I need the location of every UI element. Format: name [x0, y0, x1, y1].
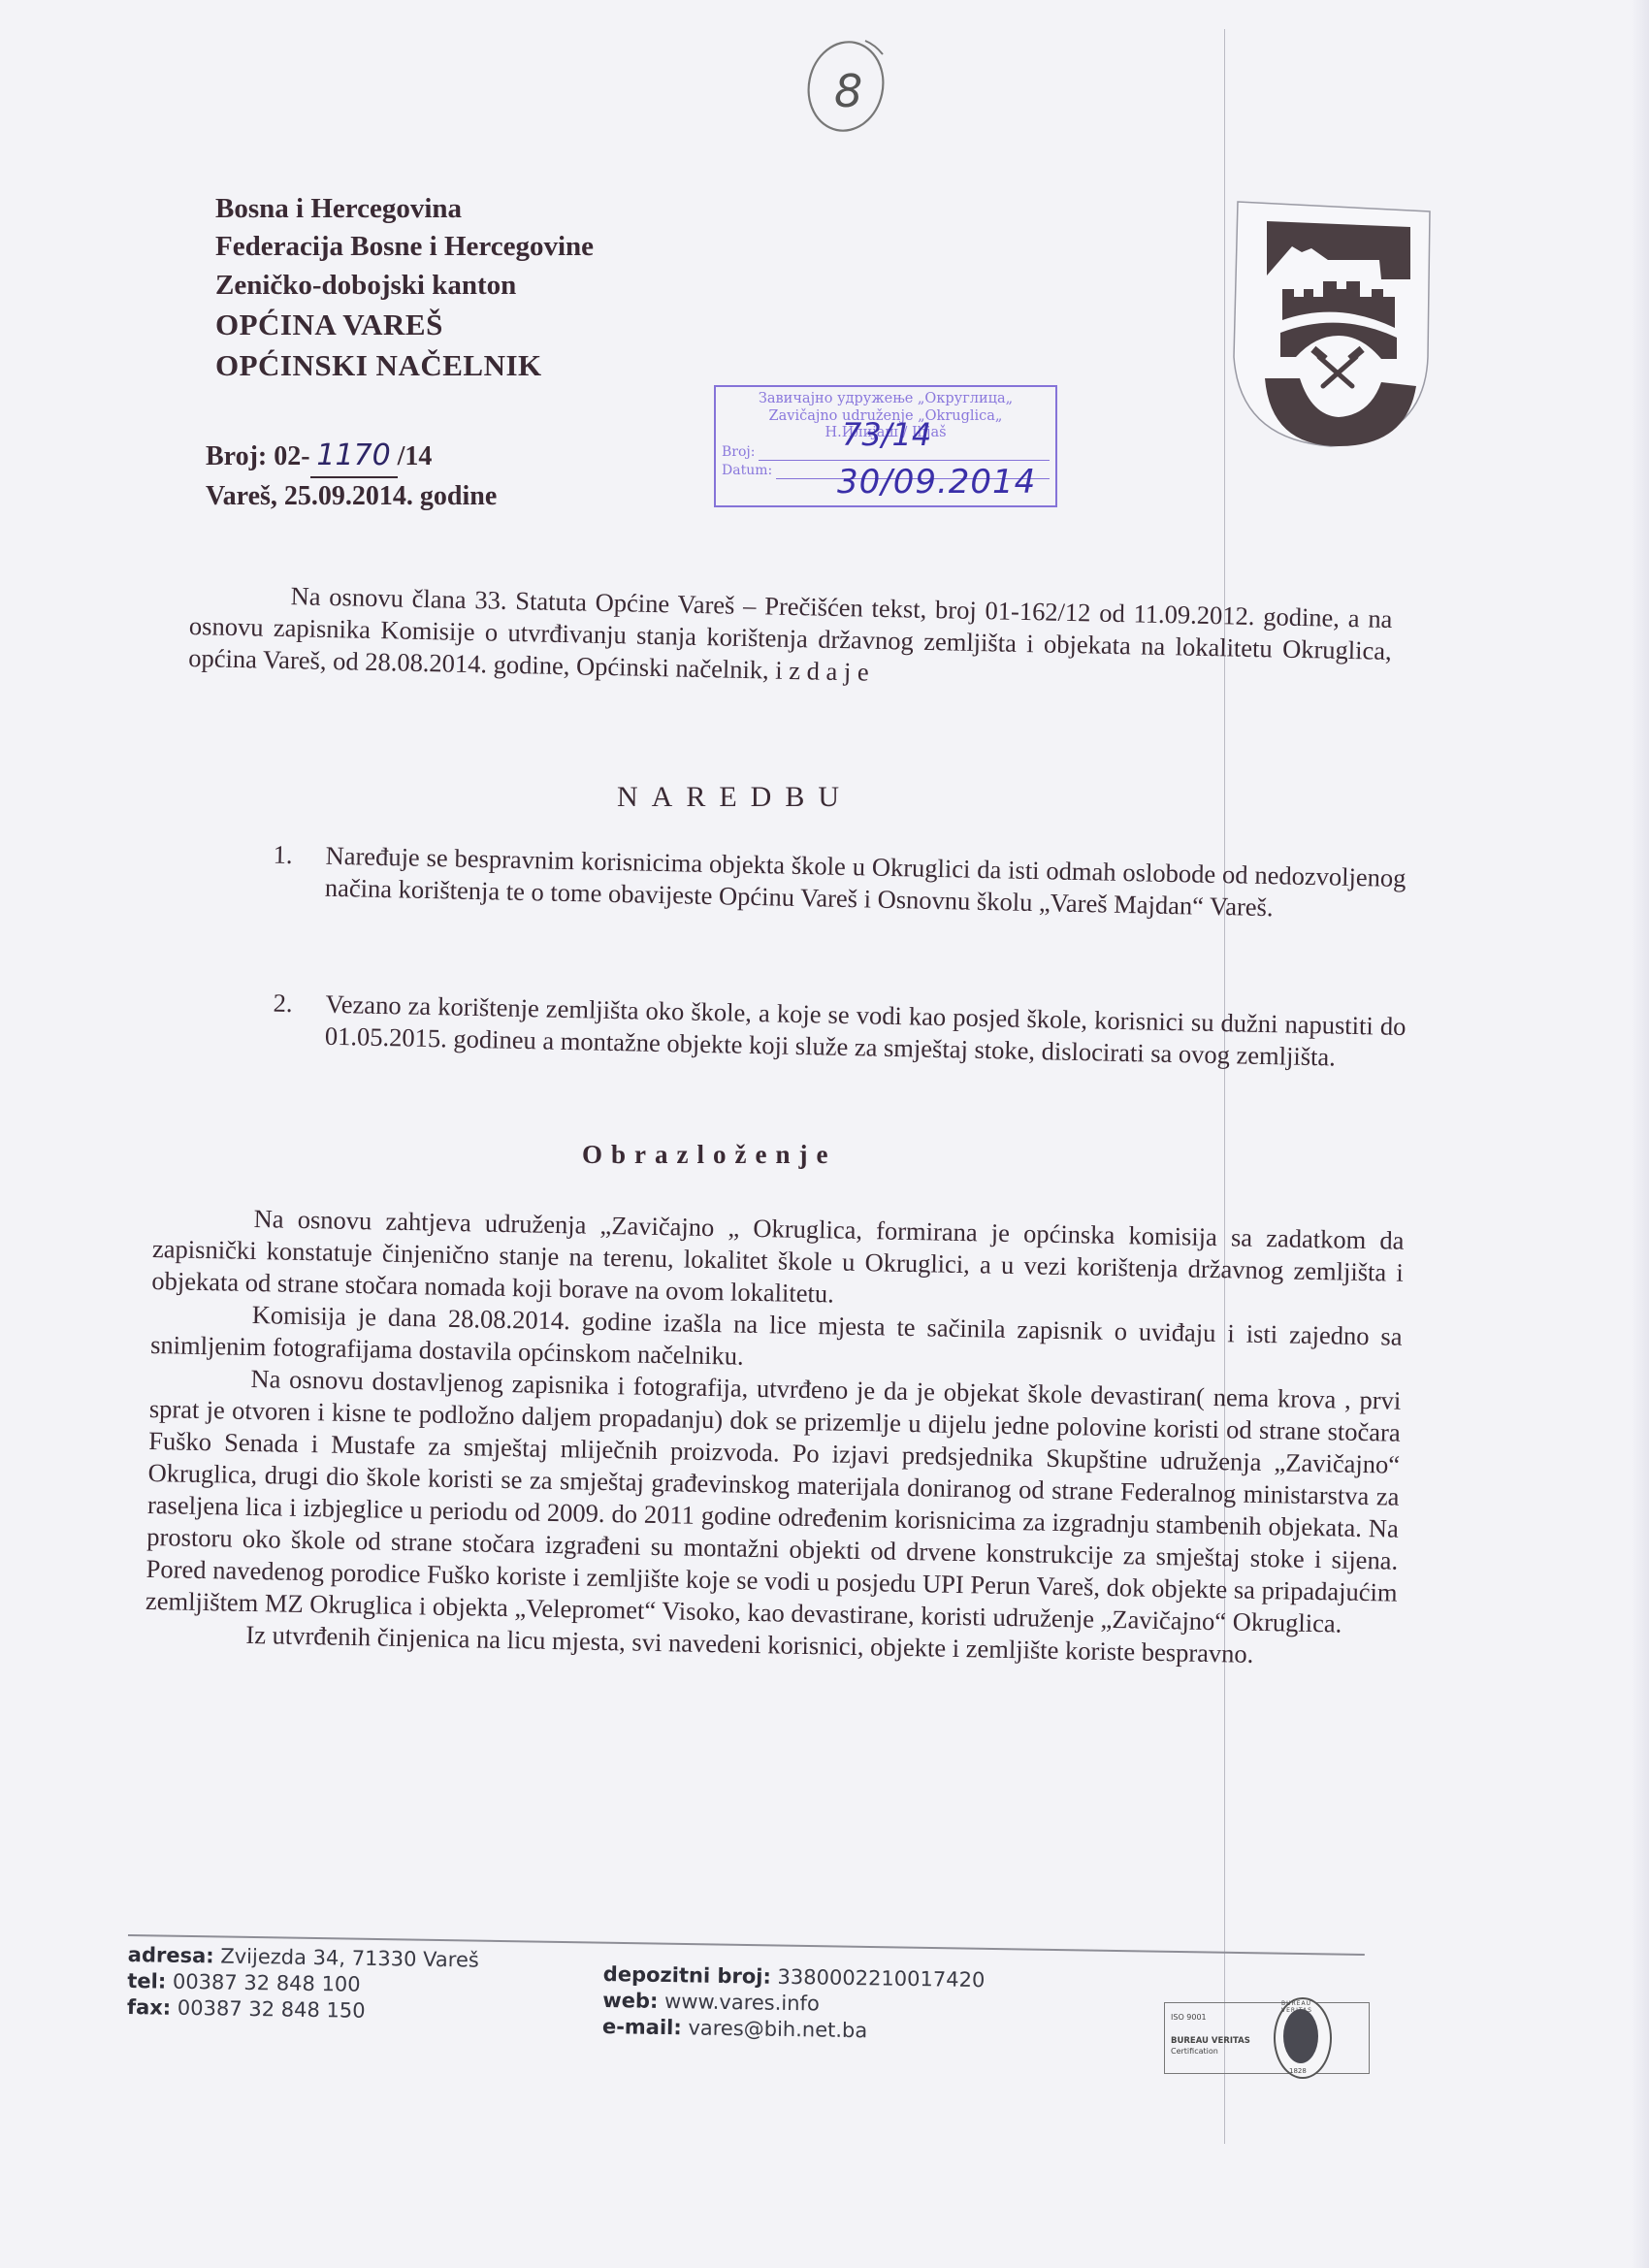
- iso-certification-badge: ISO 9001 BUREAU VERITAS Certification BU…: [1164, 2002, 1370, 2074]
- vares-coat-of-arms-icon: [1226, 192, 1436, 454]
- order-title: NAREDBU: [617, 781, 853, 814]
- document-reference: Broj: 02-1170/14 Vareš, 25.09.2014. godi…: [206, 437, 497, 514]
- cert-type: Certification: [1171, 2047, 1218, 2056]
- letterhead-municipality: OPĆINA VAREŠ: [215, 305, 594, 345]
- reasoning-body: Na osnovu zahtjeva udruženja „Zavičajno …: [145, 1201, 1405, 1673]
- order-item: 2. Vezano za korištenje zemljišta oko šk…: [290, 988, 1406, 1075]
- place-date: Vareš, 25.09.2014. godine: [206, 478, 497, 515]
- scanned-document-page: 8 Bosna i Hercegovina Federacija Bosne i…: [0, 0, 1649, 2268]
- letterhead: Bosna i Hercegovina Federacija Bosne i H…: [215, 190, 594, 387]
- letterhead-office: OPĆINSKI NAČELNIK: [215, 345, 594, 386]
- svg-text:8: 8: [834, 65, 862, 117]
- stamp-handwritten-date: 30/09.2014: [837, 463, 1036, 502]
- reasoning-title: Obrazloženje: [582, 1140, 836, 1170]
- stamp-cyrillic-line: Завичајно удружење „Округлица„: [722, 391, 1050, 408]
- letterhead-federation: Federacija Bosne i Hercegovine: [215, 228, 594, 266]
- intro-paragraph: Na osnovu člana 33. Statuta Općine Vareš…: [188, 578, 1393, 699]
- handwritten-number: 1170: [310, 437, 398, 478]
- footer-email: e-mail: vares@bih.net.ba: [602, 2014, 985, 2046]
- scan-edge-shadow: [1632, 0, 1649, 2268]
- order-item-text: Vezano za korištenje zemljišta oko škole…: [325, 989, 1406, 1072]
- cert-body: BUREAU VERITAS: [1171, 2036, 1250, 2046]
- order-item-number: 2.: [273, 988, 293, 1020]
- order-item: 1. Naređuje se bespravnim korisnicima ob…: [290, 839, 1406, 926]
- stamp-handwritten-number: 73/14: [842, 416, 931, 454]
- web-link[interactable]: www.vares.info: [664, 1990, 820, 2016]
- email-link[interactable]: vares@bih.net.ba: [688, 2016, 867, 2042]
- footer-contact: adresa: Zvijezda 34, 71330 Vareš tel: 00…: [127, 1942, 479, 2026]
- footer-online: depozitni broj: 3380002210017420 web: ww…: [602, 1961, 986, 2046]
- order-item-text: Naređuje se bespravnim korisnicima objek…: [325, 841, 1406, 922]
- bureau-veritas-seal-icon: BUREAU VERITAS 1828: [1274, 1997, 1332, 2079]
- letterhead-country: Bosna i Hercegovina: [215, 190, 594, 228]
- fold-line: [1224, 29, 1225, 2144]
- reference-number: Broj: 02-1170/14: [206, 437, 497, 478]
- order-item-number: 1.: [273, 839, 293, 871]
- cert-standard: ISO 9001: [1171, 2013, 1207, 2022]
- circled-page-number-icon: 8: [797, 31, 894, 138]
- received-stamp: Завичајно удружење „Округлица„ Zavičajno…: [714, 385, 1057, 507]
- letterhead-canton: Zeničko-dobojski kanton: [215, 267, 594, 305]
- footer-fax: fax: 00387 32 848 150: [127, 1994, 478, 2026]
- reasoning-paragraph: Na osnovu dostavljenog zapisnika i fotog…: [145, 1361, 1402, 1641]
